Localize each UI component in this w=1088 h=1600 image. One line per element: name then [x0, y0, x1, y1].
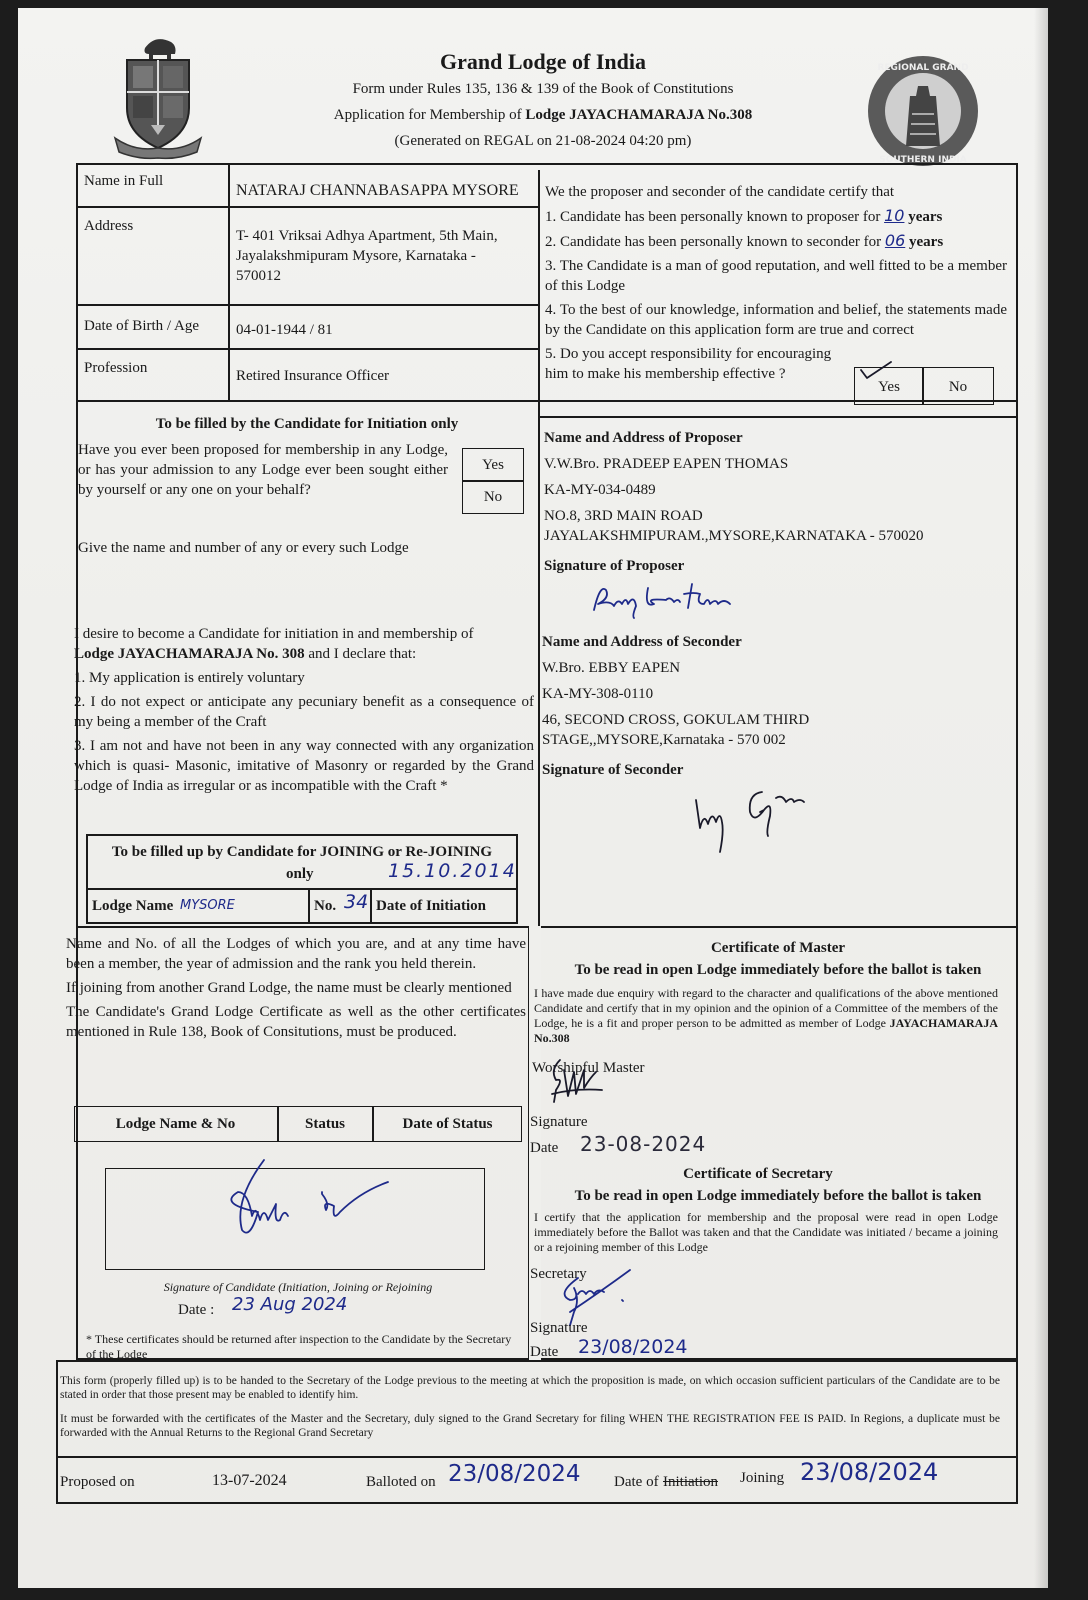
master-date-label: Date: [530, 1138, 558, 1158]
certificates-footnote: * These certificates should be returned …: [86, 1332, 516, 1362]
master-signature-icon[interactable]: [546, 1056, 616, 1106]
name-value[interactable]: NATARAJ CHANNABASAPPA MYSORE: [236, 180, 519, 201]
proposed-on-value[interactable]: 13-07-2024: [212, 1470, 287, 1491]
note-1: This form (properly filled up) is to be …: [60, 1374, 1000, 1402]
svg-text:REGIONAL GRAND: REGIONAL GRAND: [877, 63, 968, 73]
regional-seal-icon: REGIONAL GRAND SOUTHERN INDIA: [866, 54, 980, 168]
balloted-on-label: Balloted on: [366, 1472, 436, 1492]
lodge-no-value[interactable]: 34: [344, 891, 368, 913]
secretary-title: Certificate of Secretary: [538, 1164, 978, 1184]
proposer-name[interactable]: V.W.Bro. PRADEEP EAPEN THOMAS: [544, 454, 1014, 474]
responsibility-yes-option[interactable]: Yes: [854, 367, 924, 405]
profession-label: Profession: [84, 358, 147, 378]
lodge-name-label: Lodge Name: [92, 896, 173, 916]
declaration-block: I desire to become a Candidate for initi…: [74, 624, 534, 796]
generated-note: (Generated on REGAL on 21-08-2024 04:20 …: [268, 128, 818, 154]
seconder-years-value[interactable]: 06: [885, 231, 905, 250]
initiation-struck-label: Initiation: [663, 1472, 718, 1492]
master-date-value[interactable]: 23-08-2024: [580, 1132, 706, 1156]
address-label: Address: [84, 216, 133, 236]
candidate-date-value[interactable]: 23 Aug 2024: [232, 1294, 347, 1315]
address-value[interactable]: T- 401 Vriksai Adhya Apartment, 5th Main…: [236, 226, 536, 286]
responsibility-no-option[interactable]: No: [922, 367, 994, 405]
secretary-date-label: Date: [530, 1342, 558, 1362]
dob-label: Date of Birth / Age: [84, 316, 199, 336]
form-subtitle: Form under Rules 135, 136 & 139 of the B…: [268, 76, 818, 102]
seconder-block: Name and Address of Seconder W.Bro. EBBY…: [542, 632, 1012, 780]
candidate-signature-icon: [218, 1152, 418, 1252]
seconder-signature-icon[interactable]: [688, 778, 848, 858]
lodge-name-value[interactable]: MYSORE: [180, 898, 235, 913]
proposed-before-yes-option[interactable]: Yes: [462, 448, 524, 482]
application-lodge: Lodge JAYACHAMARAJA No.308: [525, 107, 752, 123]
joining-value[interactable]: 23/08/2024: [800, 1458, 938, 1486]
secretary-subtitle: To be read in open Lodge immediately bef…: [538, 1188, 1018, 1205]
proposed-before-no-option[interactable]: No: [462, 480, 524, 514]
name-label: Name in Full: [84, 171, 163, 191]
form-title: Grand Lodge of India: [268, 48, 818, 76]
application-form-page: Grand Lodge of India Form under Rules 13…: [18, 8, 1048, 1588]
proposer-signature-icon[interactable]: [588, 580, 778, 620]
secretary-date-value[interactable]: 23/08/2024: [578, 1336, 688, 1358]
give-lodge-name-label: Give the name and number of any or every…: [78, 538, 409, 558]
checkmark-icon: [859, 360, 893, 382]
grand-lodge-crest-icon: [113, 30, 203, 160]
certify-block: We the proposer and seconder of the cand…: [545, 182, 1015, 384]
date-of-initiation-label: Date of Initiation: [376, 896, 486, 916]
joining-handwritten-date[interactable]: 15.10.2014: [388, 860, 517, 882]
profession-value[interactable]: Retired Insurance Officer: [236, 366, 389, 386]
proposer-block: Name and Address of Proposer V.W.Bro. PR…: [544, 428, 1014, 576]
initiation-heading: To be filled by the Candidate for Initia…: [76, 414, 538, 434]
master-title: Certificate of Master: [538, 938, 1018, 958]
proposer-years-value[interactable]: 10: [884, 206, 904, 225]
seconder-name[interactable]: W.Bro. EBBY EAPEN: [542, 658, 1012, 678]
date-of-label: Date of: [614, 1472, 659, 1492]
col-date-of-status: Date of Status: [373, 1114, 522, 1134]
secretary-signature-icon[interactable]: [548, 1266, 638, 1326]
secretary-signature-label: Signature: [530, 1318, 588, 1338]
master-signature-label: Signature: [530, 1112, 588, 1132]
certify-intro: We the proposer and seconder of the cand…: [545, 182, 1015, 202]
initiation-question: Have you ever been proposed for membersh…: [78, 440, 448, 500]
dob-value[interactable]: 04-01-1944 / 81: [236, 320, 333, 340]
col-status: Status: [278, 1114, 372, 1134]
proposer-reg[interactable]: KA-MY-034-0489: [544, 480, 1014, 500]
note-2: It must be forwarded with the certificat…: [60, 1412, 1000, 1440]
application-prefix: Application for Membership of: [334, 107, 526, 123]
balloted-on-value[interactable]: 23/08/2024: [448, 1461, 581, 1487]
candidate-date-label: Date :: [178, 1300, 214, 1320]
candidate-signature-caption: Signature of Candidate (Initiation, Join…: [74, 1280, 522, 1295]
seconder-reg[interactable]: KA-MY-308-0110: [542, 684, 1012, 704]
col-lodge-name-no: Lodge Name & No: [74, 1114, 277, 1134]
proposed-on-label: Proposed on: [60, 1472, 135, 1492]
joining-label: Joining: [740, 1468, 784, 1488]
secretary-body: I certify that the application for membe…: [534, 1210, 998, 1255]
lodges-instructions: Name and No. of all the Lodges of which …: [66, 934, 526, 1042]
master-subtitle: To be read in open Lodge immediately bef…: [538, 962, 1018, 979]
joining-heading: To be filled up by Candidate for JOINING…: [86, 842, 518, 862]
master-body: I have made due enquiry with regard to t…: [534, 986, 998, 1046]
joining-heading-only: only: [286, 864, 314, 884]
lodge-no-label: No.: [314, 896, 336, 916]
